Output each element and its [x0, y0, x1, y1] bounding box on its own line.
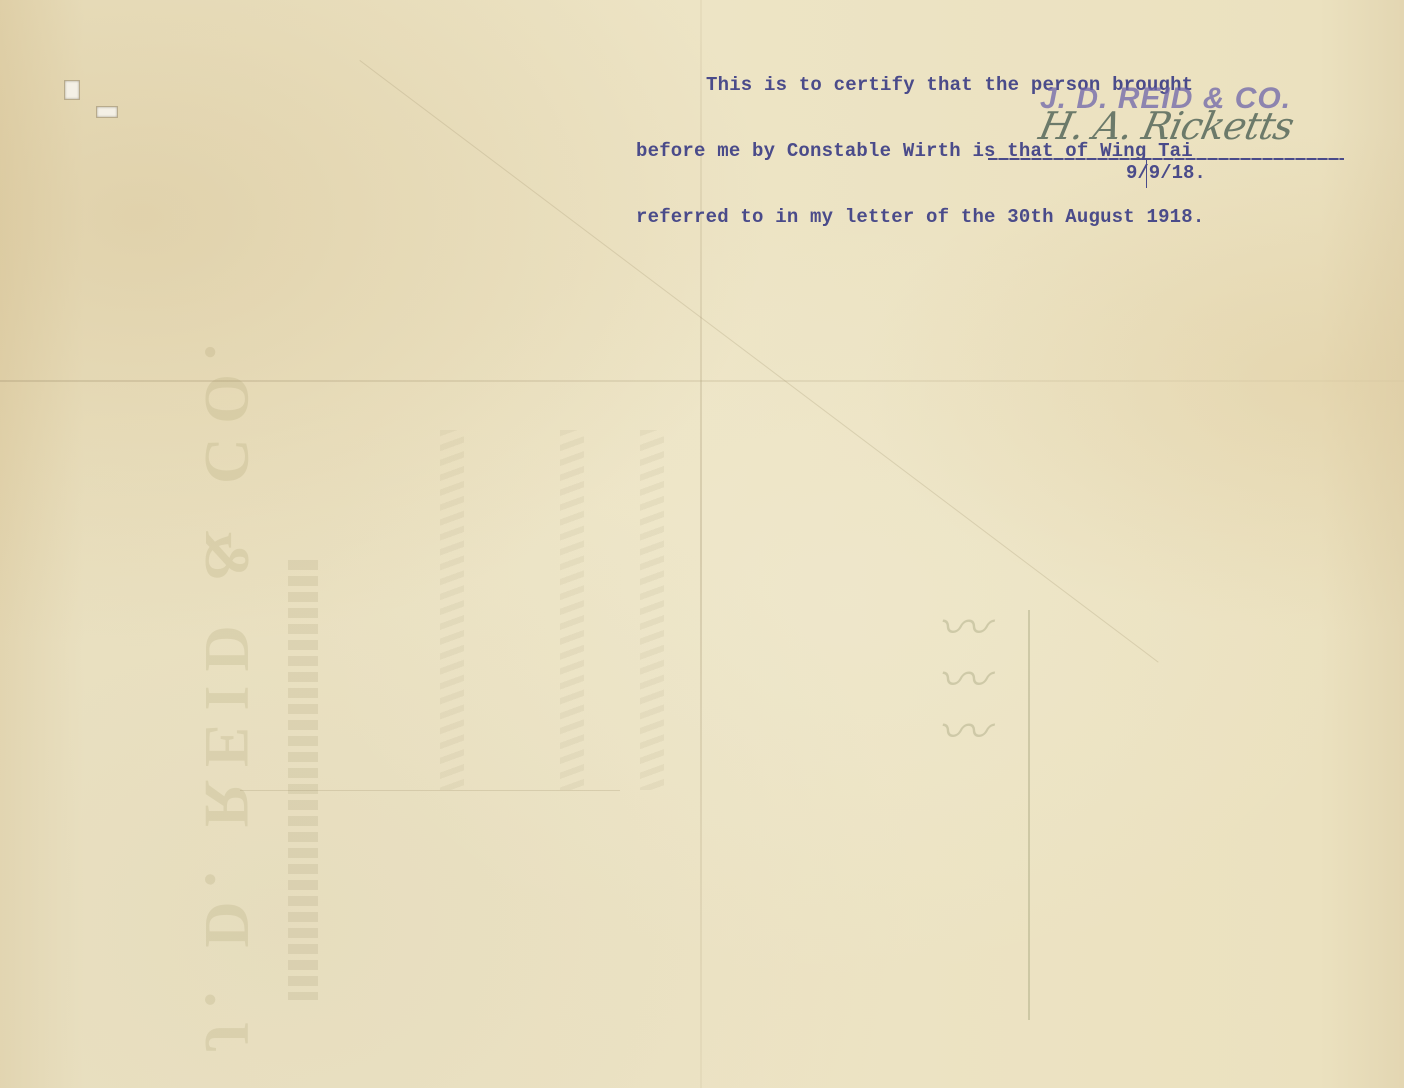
- bleed-through-stamp: J. D. REID & CO.: [190, 330, 264, 1054]
- document-page: J. D. REID & CO. This is to certify that…: [0, 0, 1404, 1088]
- signature-line: [988, 158, 1344, 160]
- bleed-through-text-column: [288, 560, 318, 1000]
- staple-hole-icon: [64, 80, 80, 100]
- certificate-line-3: referred to in my letter of the 30th Aug…: [636, 206, 1205, 228]
- pencil-rule-line: [1028, 610, 1030, 1020]
- signature-date: 9/9/18.: [1126, 162, 1206, 184]
- pencil-notation: 〰〰〰: [920, 600, 995, 756]
- handwritten-signature: H. A. Ricketts: [1035, 104, 1297, 148]
- bleed-through-writing: [640, 430, 664, 790]
- certificate-text: This is to certify that the person broug…: [636, 30, 1205, 272]
- bleed-through-writing: [440, 430, 464, 790]
- bleed-through-writing: [560, 430, 584, 790]
- staple-hole-icon: [96, 106, 118, 118]
